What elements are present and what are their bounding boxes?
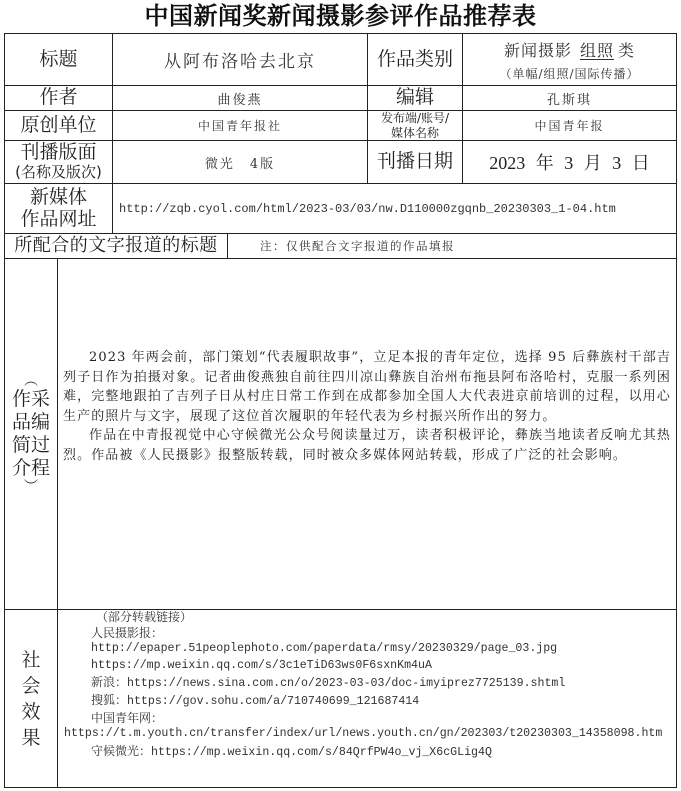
org-label-cell: 原创单位 bbox=[4, 110, 113, 141]
social-effect-label-char: 效 bbox=[21, 699, 40, 725]
publisher-label-line2: 媒体名称 bbox=[391, 126, 439, 140]
intro-label-char: 程 bbox=[31, 457, 50, 480]
edition-value-cell: 微光 4版 bbox=[112, 140, 368, 184]
category-selected: 组照 bbox=[580, 41, 614, 60]
link-row-sohu: 搜狐：https://gov.sohu.com/a/710740699_1216… bbox=[58, 692, 676, 710]
related-title-label-cell: 所配合的文字报道的标题 bbox=[4, 233, 228, 259]
intro-label-char: 采 bbox=[31, 388, 50, 411]
intro-label-char: 编 bbox=[31, 411, 50, 434]
newmedia-label-line2: 作品网址 bbox=[20, 209, 96, 231]
publisher-value-cell: 中国青年报 bbox=[462, 110, 677, 141]
link-source-renmin: 人民摄影报： bbox=[58, 625, 676, 641]
intro-label-char: 作 bbox=[12, 388, 31, 411]
title-label: 标题 bbox=[39, 49, 77, 71]
link-source-youth: 中国青年网： bbox=[58, 710, 676, 726]
intro-label-char: 介 bbox=[12, 457, 31, 480]
date-value: 2023 年 3 月 3 日 bbox=[489, 149, 650, 175]
edition-label-cell: 刊播版面 (名称及版次) bbox=[4, 140, 113, 184]
link-source-sina: 新浪： bbox=[91, 675, 127, 689]
social-effect-label-cell: 社 会 效 果 bbox=[4, 609, 58, 788]
category-prefix: 新闻摄影 bbox=[504, 41, 572, 60]
intro-paragraph: 2023 年两会前，部门策划“代表履职故事”，立足本报的青年定位，选择 95 后… bbox=[63, 348, 671, 426]
document-title: 中国新闻奖新闻摄影参评作品推荐表 bbox=[0, 0, 681, 33]
link-url-weiguang[interactable]: https://mp.weixin.qq.com/s/84QrfPW4o_vj_… bbox=[151, 746, 492, 759]
link-url-renmin-epaper[interactable]: http://epaper.51peoplephoto.com/paperdat… bbox=[58, 641, 676, 657]
editor-value: 孔斯琪 bbox=[547, 89, 592, 108]
publisher-value: 中国青年报 bbox=[534, 117, 604, 134]
social-effect-label-char: 果 bbox=[21, 725, 40, 751]
social-effect-label-char: 社 bbox=[21, 647, 40, 673]
link-source-sohu: 搜狐： bbox=[91, 693, 127, 707]
intro-label: ︵ 采 编 过 程 作 品 简 介 ︶ bbox=[12, 374, 50, 493]
intro-label-char: 品 bbox=[12, 411, 31, 434]
intro-label-cell: ︵ 采 编 过 程 作 品 简 介 ︶ bbox=[4, 258, 58, 610]
author-value: 曲俊燕 bbox=[217, 89, 262, 108]
link-row-sina: 新浪：https://news.sina.com.cn/o/2023-03-03… bbox=[58, 674, 676, 692]
date-value-cell: 2023 年 3 月 3 日 bbox=[462, 140, 677, 184]
social-effect-label: 社 会 效 果 bbox=[21, 647, 40, 751]
intro-label-open-paren: ︵ bbox=[24, 374, 38, 388]
newmedia-url[interactable]: http://zqb.cyol.com/html/2023-03/03/nw.D… bbox=[119, 202, 616, 216]
title-value: 从阿布洛哈去北京 bbox=[164, 47, 316, 72]
title-value-cell: 从阿布洛哈去北京 bbox=[112, 33, 368, 86]
link-url-sina[interactable]: https://news.sina.com.cn/o/2023-03-03/do… bbox=[127, 677, 565, 690]
newmedia-label-cell: 新媒体 作品网址 bbox=[4, 183, 113, 234]
category-options-hint: （单幅/组照/国际传播） bbox=[499, 65, 639, 82]
date-label-cell: 刊播日期 bbox=[367, 140, 463, 184]
related-title-label: 所配合的文字报道的标题 bbox=[14, 236, 218, 257]
editor-label-cell: 编辑 bbox=[367, 85, 463, 111]
newmedia-url-cell: http://zqb.cyol.com/html/2023-03/03/nw.D… bbox=[112, 183, 677, 234]
date-label: 刊播日期 bbox=[377, 151, 453, 173]
newmedia-label-line1: 新媒体 bbox=[30, 187, 87, 209]
link-row-weiguang: 守候微光：https://mp.weixin.qq.com/s/84QrfPW4… bbox=[58, 743, 676, 761]
category-label-cell: 作品类别 bbox=[367, 33, 463, 86]
author-label-cell: 作者 bbox=[4, 85, 113, 111]
related-title-value-cell: 注：仅供配合文字报道的作品填报 bbox=[227, 233, 677, 259]
publisher-label-cell: 发布端/账号/ 媒体名称 bbox=[367, 110, 463, 141]
edition-label-line2: (名称及版次) bbox=[15, 164, 102, 181]
intro-label-char: 过 bbox=[31, 434, 50, 457]
social-effect-label-char: 会 bbox=[21, 673, 40, 699]
category-suffix: 类 bbox=[618, 41, 635, 60]
title-label-cell: 标题 bbox=[4, 33, 113, 86]
org-label: 原创单位 bbox=[20, 115, 96, 137]
author-label: 作者 bbox=[39, 87, 77, 109]
intro-paragraph: 作品在中青报视觉中心守候微光公众号阅读量过万，读者积极评论，彝族当地读者反响尤其… bbox=[63, 426, 671, 465]
author-value-cell: 曲俊燕 bbox=[112, 85, 368, 111]
category-value-cell: 新闻摄影组照类 （单幅/组照/国际传播） bbox=[462, 33, 677, 86]
link-url-sohu[interactable]: https://gov.sohu.com/a/710740699_1216874… bbox=[127, 695, 419, 708]
org-value: 中国青年报社 bbox=[198, 117, 282, 134]
edition-label-line1: 刊播版面 bbox=[20, 142, 96, 164]
org-value-cell: 中国青年报社 bbox=[112, 110, 368, 141]
social-effect-heading: （部分转载链接） bbox=[58, 609, 676, 625]
editor-value-cell: 孔斯琪 bbox=[462, 85, 677, 111]
intro-label-char: 简 bbox=[12, 434, 31, 457]
intro-body: 2023 年两会前，部门策划“代表履职故事”，立足本报的青年定位，选择 95 后… bbox=[57, 348, 677, 465]
editor-label: 编辑 bbox=[396, 87, 434, 109]
link-url-youth[interactable]: https://t.m.youth.cn/transfer/index/url/… bbox=[58, 726, 676, 742]
intro-label-close-paren: ︶ bbox=[24, 480, 38, 494]
related-title-note: 注：仅供配合文字报道的作品填报 bbox=[260, 238, 455, 254]
publisher-label-line1: 发布端/账号/ bbox=[381, 111, 449, 125]
link-source-weiguang: 守候微光： bbox=[91, 744, 151, 758]
link-url-renmin-weixin[interactable]: https://mp.weixin.qq.com/s/3c1eTiD63ws0F… bbox=[58, 658, 676, 674]
edition-value: 微光 4版 bbox=[205, 153, 275, 172]
category-label: 作品类别 bbox=[377, 49, 453, 71]
social-effect-body: （部分转载链接） 人民摄影报： http://epaper.51peopleph… bbox=[58, 609, 676, 761]
